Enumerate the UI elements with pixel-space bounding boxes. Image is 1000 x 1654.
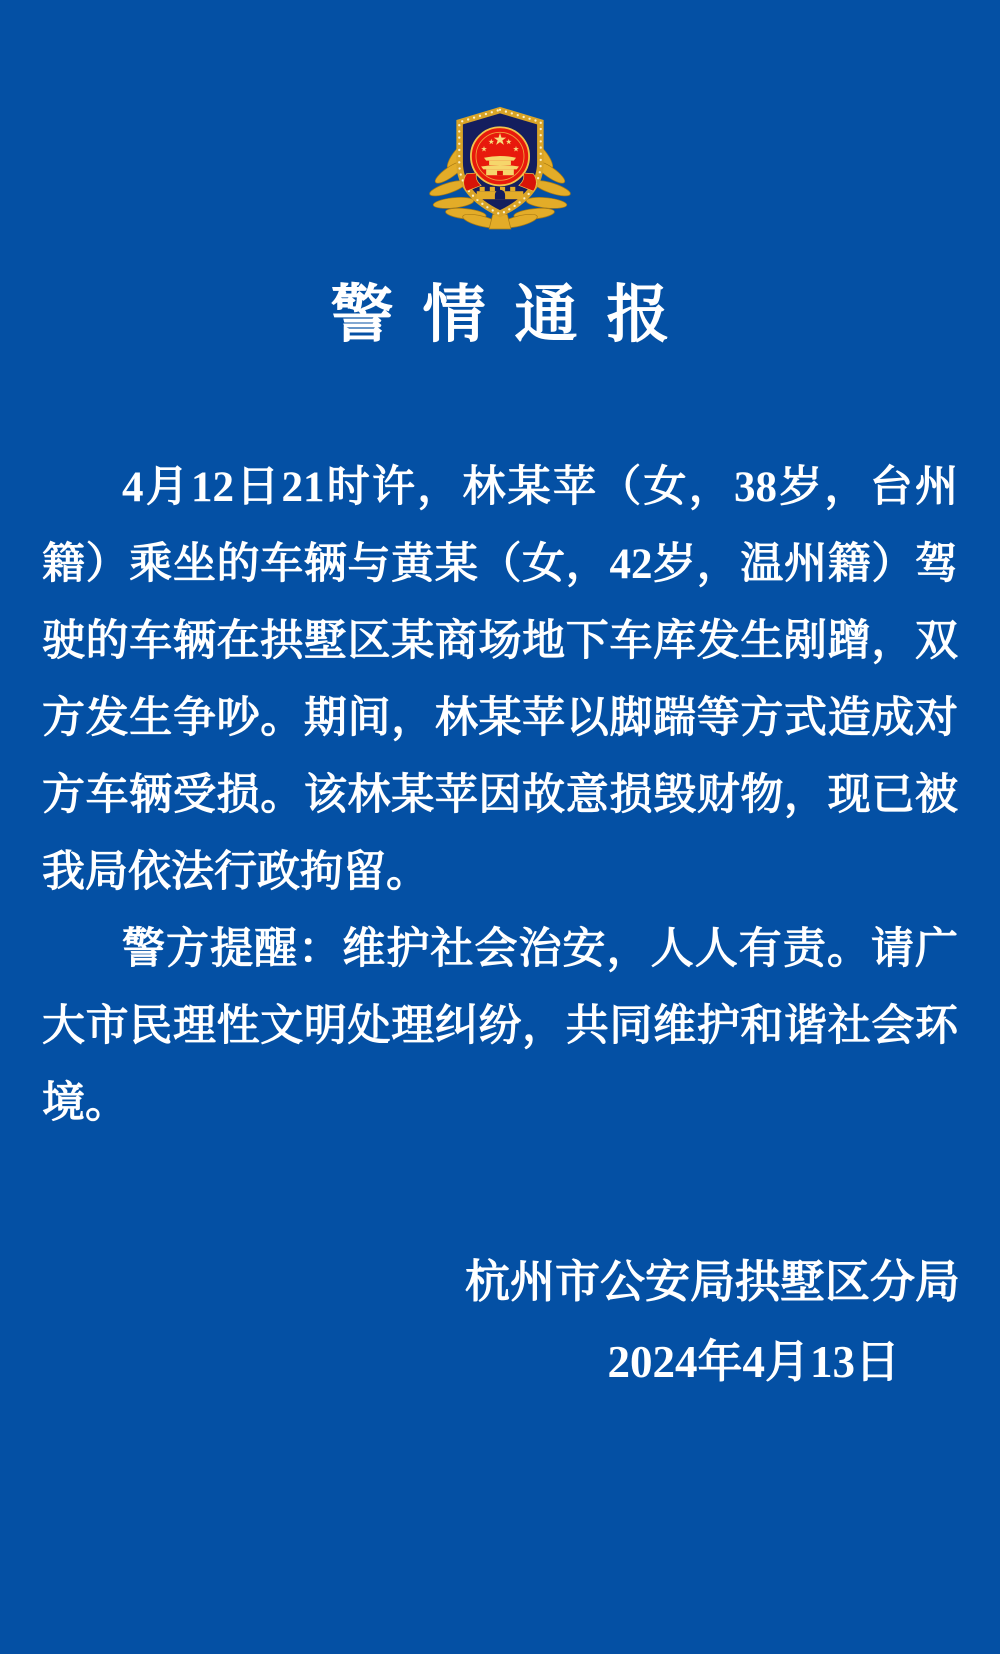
body-line: 警方提醒：维护社会治安，人人有责。请广 [42, 911, 958, 988]
body-line: 驶的车辆在拱墅区某商场地下车库发生剐蹭，双 [42, 603, 958, 680]
body-line: 方车辆受损。该林某苹因故意损毁财物，现已被 [42, 757, 958, 834]
police-notice-page: 警情通报 4月12日21时许，林某苹（女，38岁，台州 籍）乘坐的车辆与黄某（女… [0, 0, 1000, 1654]
body-line: 籍）乘坐的车辆与黄某（女，42岁，温州籍）驾 [42, 526, 958, 603]
body-line: 4月12日21时许，林某苹（女，38岁，台州 [42, 449, 958, 526]
issuing-agency: 杭州市公安局拱墅区分局 [465, 1252, 960, 1312]
issue-date: 2024年4月13日 [607, 1332, 900, 1392]
tiananmen-gate [497, 171, 503, 175]
notice-title: 警情通报 [0, 282, 1000, 348]
police-badge-icon [420, 82, 580, 235]
body-line: 境。 [42, 1065, 958, 1142]
body-line: 方发生争吵。期间，林某苹以脚踹等方式造成对 [42, 680, 958, 757]
body-line: 我局依法行政拘留。 [42, 834, 958, 911]
notice-body: 4月12日21时许，林某苹（女，38岁，台州 籍）乘坐的车辆与黄某（女，42岁，… [42, 449, 958, 1142]
body-line: 大市民理性文明处理纠纷，共同维护和谐社会环 [42, 988, 958, 1065]
